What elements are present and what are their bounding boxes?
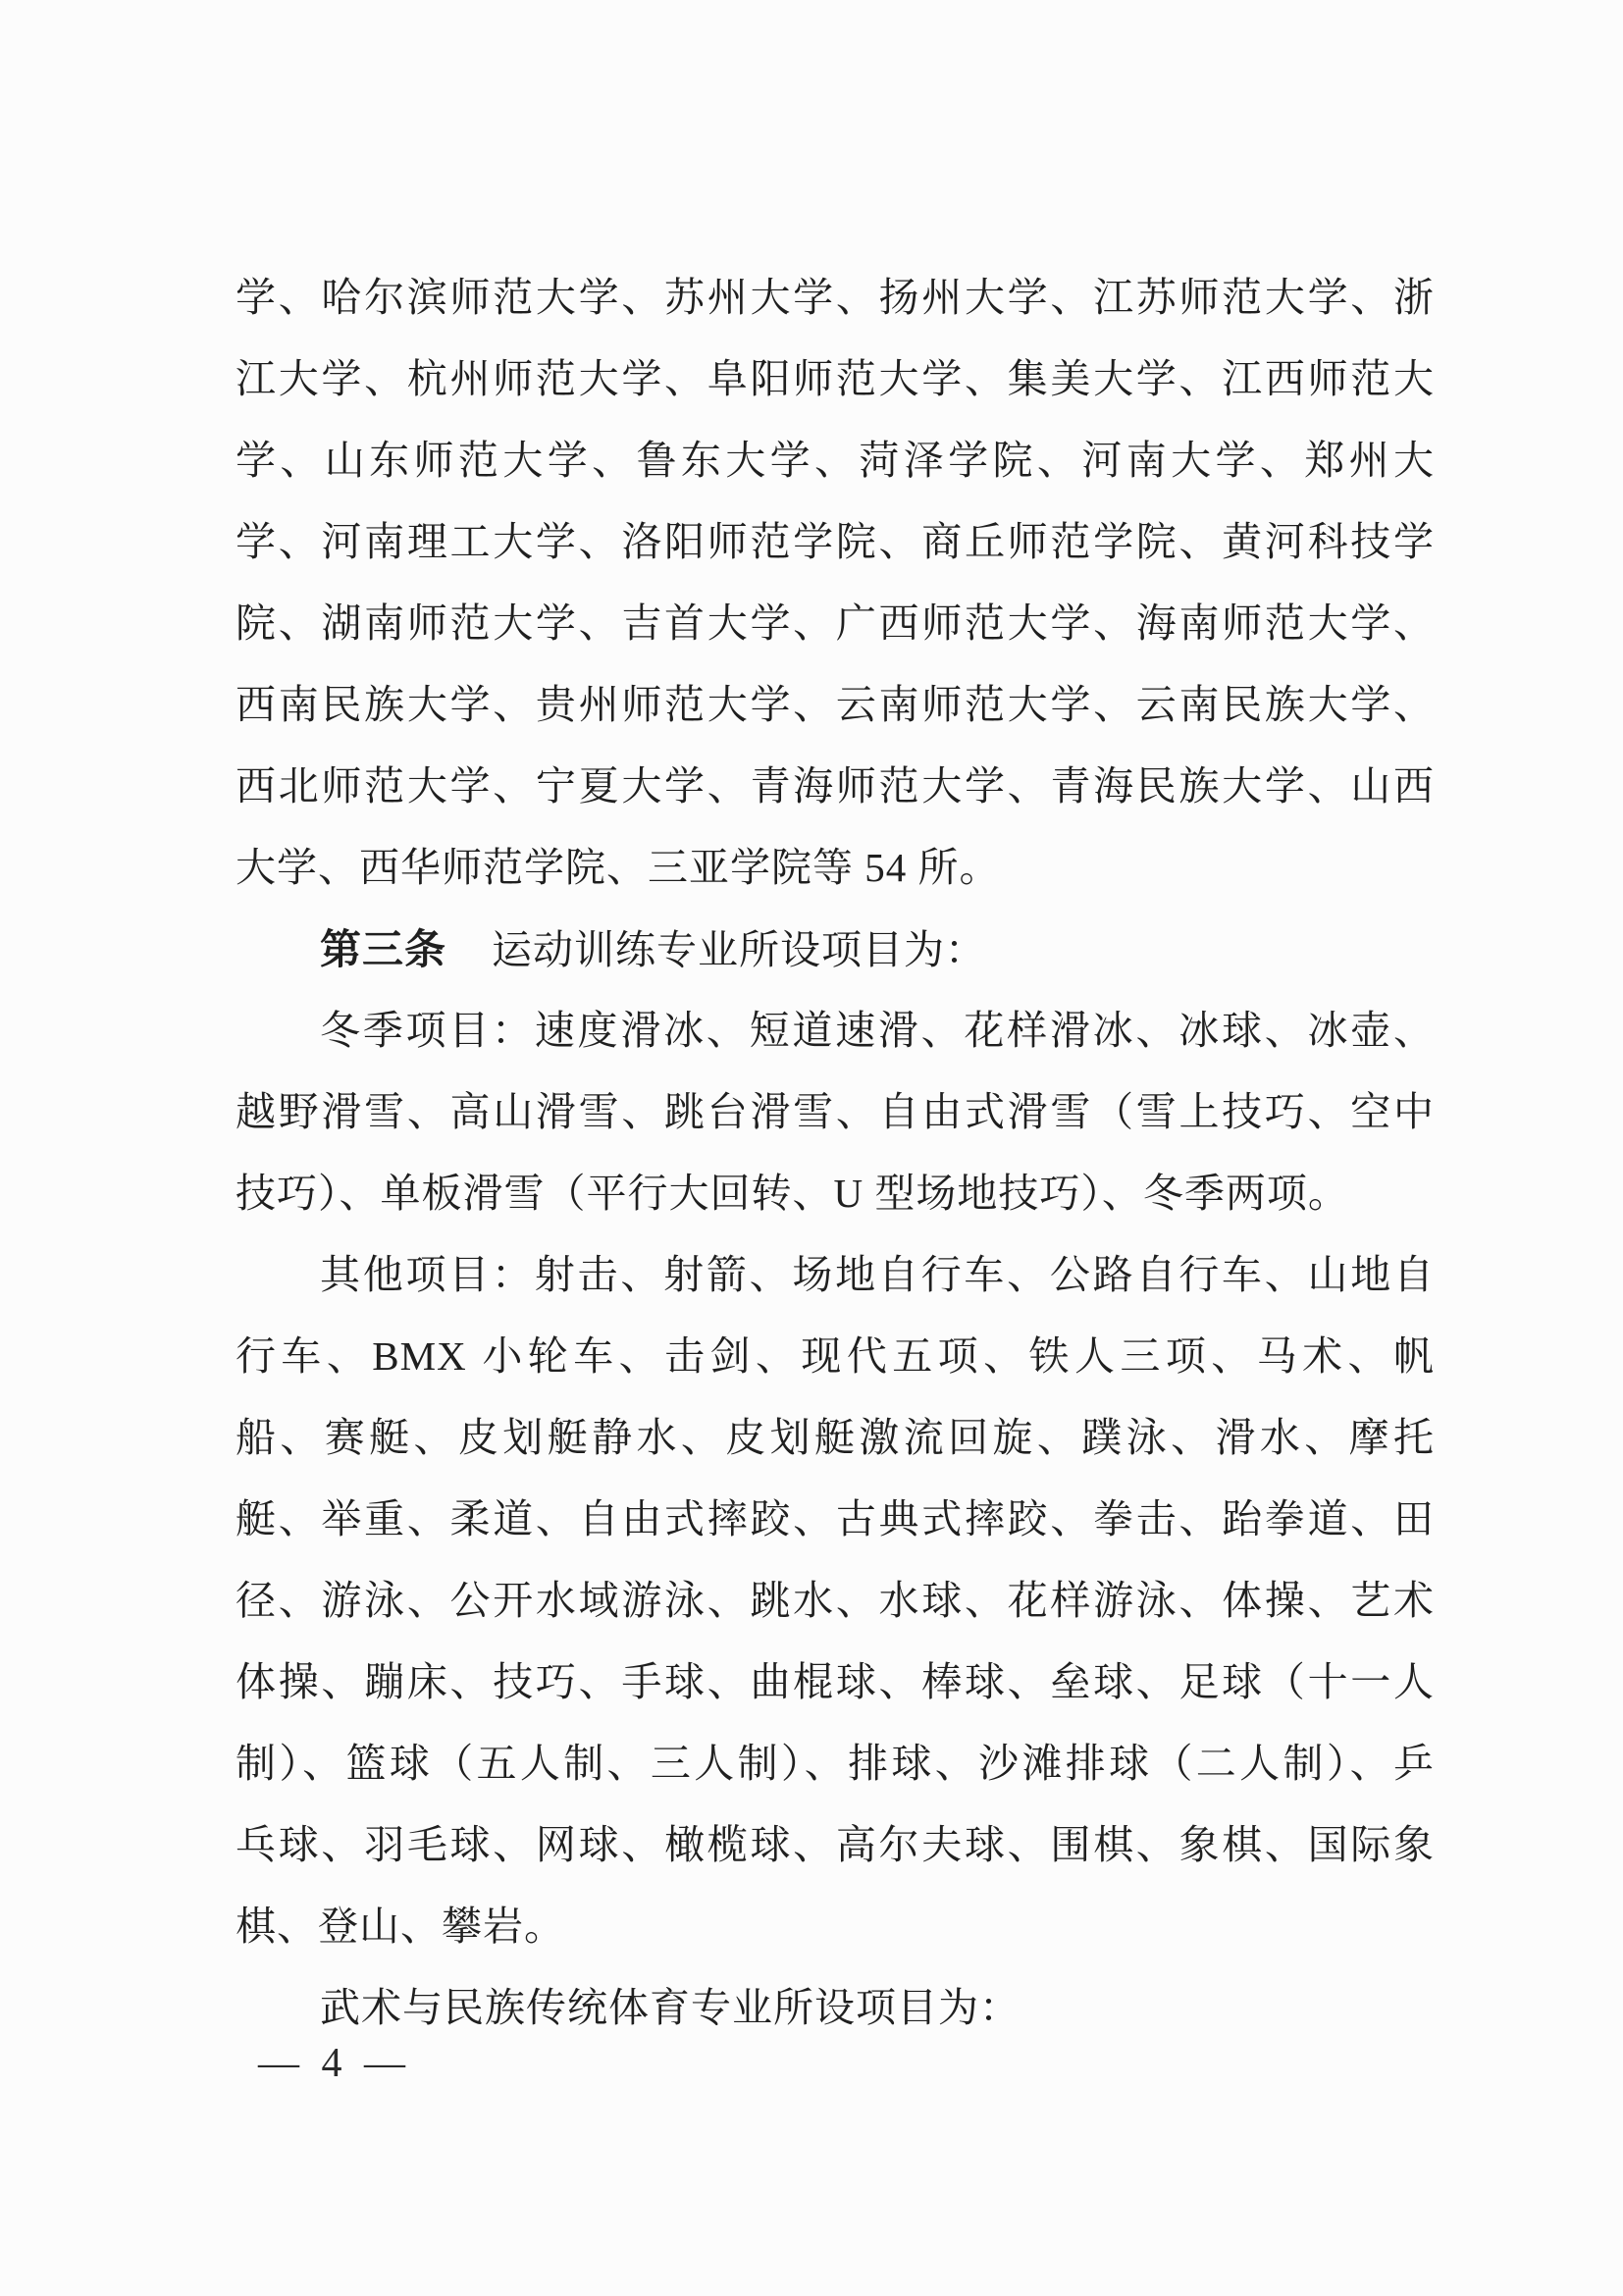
article-heading-text: 运动训练专业所设项目为： [492,927,986,972]
text-line: 行车、BMX 小轮车、击剑、现代五项、铁人三项、马术、帆 [236,1316,1435,1397]
text-line-winter-events: 冬季项目：速度滑冰、短道速滑、花样滑冰、冰球、冰壶、 [236,990,1435,1071]
text-line-paragraph-end: 棋、登山、攀岩。 [236,1886,1435,1967]
article-number-bold: 第三条 [320,926,446,972]
text-line: 西北师范大学、宁夏大学、青海师范大学、青海民族大学、山西 [236,746,1435,827]
page-number: — 4 — [258,2041,411,2086]
text-line: 西南民族大学、贵州师范大学、云南师范大学、云南民族大学、 [236,664,1435,746]
text-line: 学、河南理工大学、洛阳师范学院、商丘师范学院、黄河科技学 [236,501,1435,583]
text-line: 船、赛艇、皮划艇静水、皮划艇激流回旋、蹼泳、滑水、摩托 [236,1397,1435,1479]
text-line-other-events: 其他项目：射击、射箭、场地自行车、公路自行车、山地自 [236,1234,1435,1316]
document-page: 学、哈尔滨师范大学、苏州大学、扬州大学、江苏师范大学、浙 江大学、杭州师范大学、… [0,0,1623,2296]
text-line-wushu-heading: 武术与民族传统体育专业所设项目为： [236,1967,1435,2049]
text-line: 乓球、羽毛球、网球、橄榄球、高尔夫球、围棋、象棋、国际象 [236,1804,1435,1886]
text-line: 江大学、杭州师范大学、阜阳师范大学、集美大学、江西师范大 [236,339,1435,420]
text-line: 学、山东师范大学、鲁东大学、菏泽学院、河南大学、郑州大 [236,420,1435,501]
article-3-heading-line: 第三条运动训练专业所设项目为： [236,909,1435,990]
text-line: 径、游泳、公开水域游泳、跳水、水球、花样游泳、体操、艺术 [236,1560,1435,1642]
text-line: 艇、举重、柔道、自由式摔跤、古典式摔跤、拳击、跆拳道、田 [236,1479,1435,1560]
text-line-paragraph-end: 大学、西华师范学院、三亚学院等 54 所。 [236,827,1435,909]
text-line: 制）、篮球（五人制、三人制）、排球、沙滩排球（二人制）、乒 [236,1723,1435,1804]
text-line-paragraph-end: 技巧）、单板滑雪（平行大回转、U 型场地技巧）、冬季两项。 [236,1153,1435,1234]
text-line: 学、哈尔滨师范大学、苏州大学、扬州大学、江苏师范大学、浙 [236,257,1435,339]
text-line: 体操、蹦床、技巧、手球、曲棍球、棒球、垒球、足球（十一人 [236,1642,1435,1723]
document-body: 学、哈尔滨师范大学、苏州大学、扬州大学、江苏师范大学、浙 江大学、杭州师范大学、… [236,257,1435,2049]
text-line: 越野滑雪、高山滑雪、跳台滑雪、自由式滑雪（雪上技巧、空中 [236,1071,1435,1153]
text-line: 院、湖南师范大学、吉首大学、广西师范大学、海南师范大学、 [236,583,1435,664]
